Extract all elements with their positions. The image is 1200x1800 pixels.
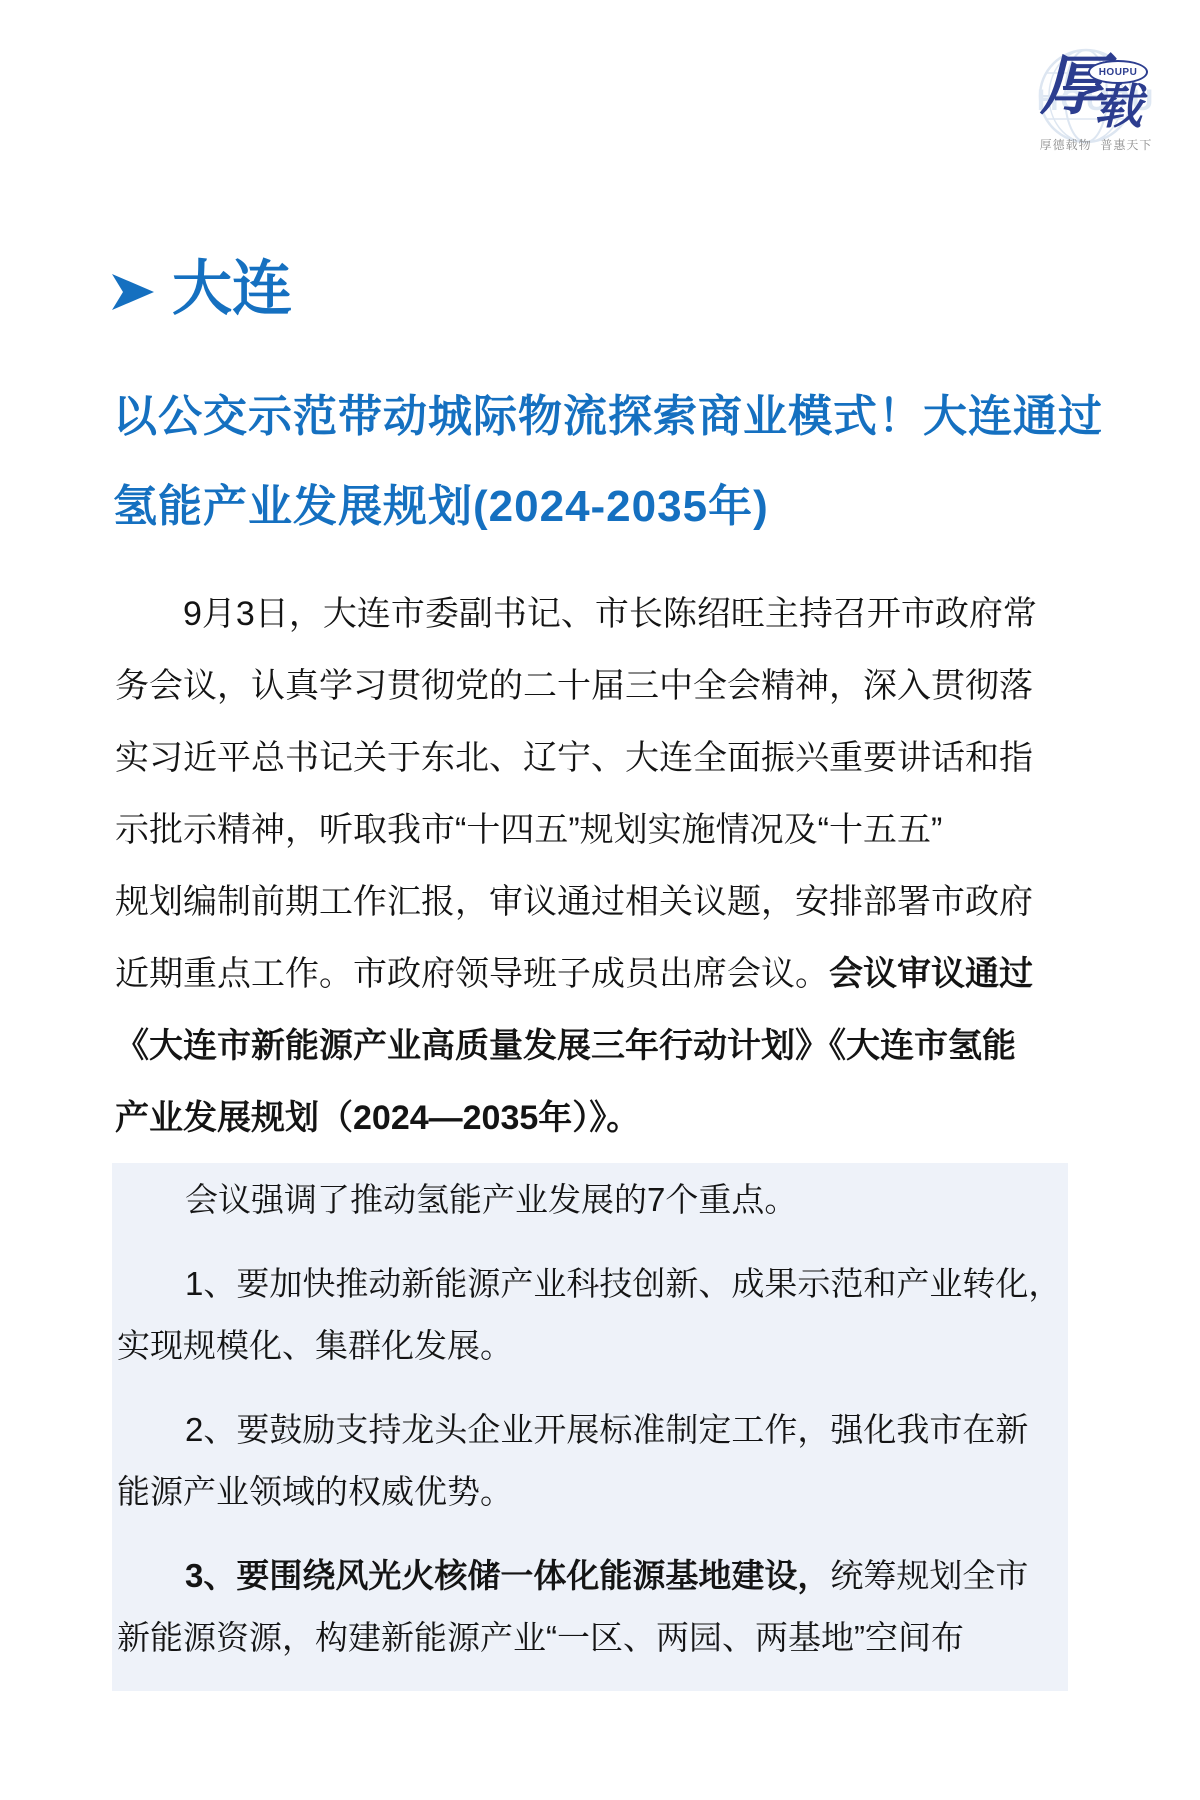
text-line: 近期重点工作。市政府领导班子成员出席会议。会议审议通过 [115,938,1115,1010]
text-line: 会议强调了推动氢能产业发展的7个重点。 [117,1169,1068,1231]
text-line: 新能源资源，构建新能源产业“一区、两园、两基地”空间布 [117,1607,1068,1669]
section-title: 大连 [172,256,292,322]
logo-slogan: 厚德载物 普惠天下 [1030,136,1162,153]
document-page: 行业资讯 HOUPU 厚 载 HOUPU 厚德载物 普惠天下 大连 以公交示范带… [0,0,1200,1800]
text-line: 产业发展规划（2024—2035年）》。 [115,1082,1115,1154]
arrowhead-right-icon [112,274,156,310]
houpu-oval-label: HOUPU [1099,67,1138,78]
key-point-paragraph: 会议强调了推动氢能产业发展的7个重点。 [117,1169,1068,1231]
text-line: 实现规模化、集群化发展。 [117,1315,1068,1377]
text-line: 2、要鼓励支持龙头企业开展标准制定工作，强化我市在新 [117,1399,1068,1461]
houpu-oval-mark: HOUPU [1088,60,1148,84]
section-heading: 大连 [112,256,292,322]
text-line: 1、要加快推动新能源产业科技创新、成果示范和产业转化， [117,1253,1068,1315]
industry-news-badge: 行业资讯 [888,58,1010,128]
text-line: 能源产业领域的权威优势。 [117,1461,1068,1523]
text-line: 规划编制前期工作汇报，审议通过相关议题，安排部署市政府 [115,866,1115,938]
key-points-highlight: 会议强调了推动氢能产业发展的7个重点。1、要加快推动新能源产业科技创新、成果示范… [112,1163,1068,1691]
article-title-line-2: 氢能产业发展规划(2024-2035年) [113,462,1123,552]
text-line: 务会议，认真学习贯彻党的二十届三中全会精神，深入贯彻落 [115,650,1115,722]
key-point-paragraph: 1、要加快推动新能源产业科技创新、成果示范和产业转化，实现规模化、集群化发展。 [117,1253,1068,1377]
industry-news-badge-label: 行业资讯 [893,75,1005,112]
text-line: 9月3日，大连市委副书记、市长陈绍旺主持召开市政府常 [115,578,1115,650]
houpu-logo: HOUPU 厚 载 HOUPU 厚德载物 普惠天下 [1030,40,1162,152]
text-line: 3、要围绕风光火核储一体化能源基地建设，统筹规划全市 [117,1545,1068,1607]
article-body: 9月3日，大连市委副书记、市长陈绍旺主持召开市政府常务会议，认真学习贯彻党的二十… [115,578,1115,1154]
text-line: 实习近平总书记关于东北、辽宁、大连全面振兴重要讲话和指 [115,722,1115,794]
article-title-line-1: 以公交示范带动城际物流探索商业模式！大连通过 [113,372,1123,462]
text-line: 《大连市新能源产业高质量发展三年行动计划》《大连市氢能 [115,1010,1115,1082]
key-point-paragraph: 2、要鼓励支持龙头企业开展标准制定工作，强化我市在新能源产业领域的权威优势。 [117,1399,1068,1523]
article-title: 以公交示范带动城际物流探索商业模式！大连通过 氢能产业发展规划(2024-203… [113,372,1123,552]
text-line: 示批示精神，听取我市“十四五”规划实施情况及“十五五” [115,794,1115,866]
logo-character-zai: 载 [1094,84,1142,132]
key-point-paragraph: 3、要围绕风光火核储一体化能源基地建设，统筹规划全市新能源资源，构建新能源产业“… [117,1545,1068,1669]
